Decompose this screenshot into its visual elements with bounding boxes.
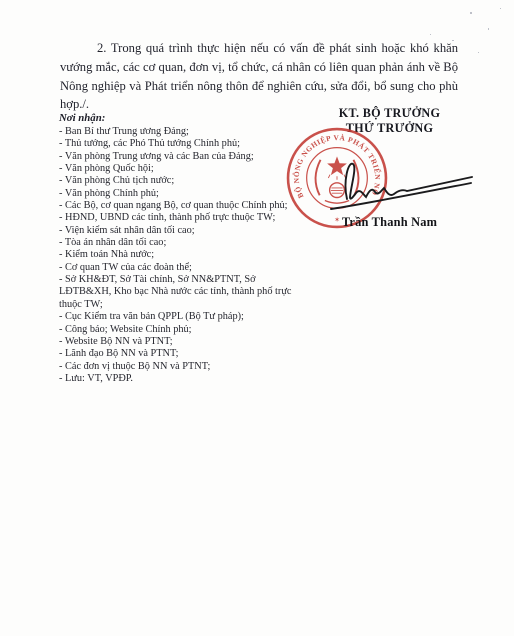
recipient-item: - Lãnh đạo Bộ NN và PTNT; bbox=[59, 348, 300, 360]
recipients-block: Nơi nhận: - Ban Bí thư Trung ương Đảng;-… bbox=[59, 112, 300, 385]
body-paragraph: 2. Trong quá trình thực hiện nếu có vấn … bbox=[60, 39, 458, 114]
recipient-item: - Các Bộ, cơ quan ngang Bộ, cơ quan thuộ… bbox=[59, 200, 300, 212]
recipient-item: - Công báo; Website Chính phủ; bbox=[59, 324, 300, 336]
recipient-item: - Cơ quan TW của các đoàn thể; bbox=[59, 262, 300, 274]
recipient-item: - HĐND, UBND các tỉnh, thành phố trực th… bbox=[59, 212, 300, 224]
emblem-rice-left bbox=[316, 160, 321, 196]
signer-name: Trần Thanh Nam bbox=[297, 215, 482, 230]
signature-stroke-main bbox=[346, 164, 472, 199]
handwritten-signature bbox=[322, 148, 492, 220]
recipients-heading: Nơi nhận: bbox=[59, 112, 300, 124]
recipient-item: - Văn phòng Quốc hội; bbox=[59, 163, 300, 175]
recipients-list: - Ban Bí thư Trung ương Đảng;- Thủ tướng… bbox=[59, 126, 300, 385]
recipient-item: - Các đơn vị thuộc Bộ NN và PTNT; bbox=[59, 361, 300, 373]
recipient-item: - Website Bộ NN và PTNT; bbox=[59, 336, 300, 348]
recipient-item: - Tòa án nhân dân tối cao; bbox=[59, 237, 300, 249]
recipient-item: - Thủ tướng, các Phó Thủ tướng Chính phủ… bbox=[59, 138, 300, 150]
signer-authority-title: KT. BỘ TRƯỞNG bbox=[297, 106, 482, 121]
recipient-item: - Văn phòng Trung ương và các Ban của Đả… bbox=[59, 151, 300, 163]
recipient-item: - Ban Bí thư Trung ương Đảng; bbox=[59, 126, 300, 138]
document-page: 2. Trong quá trình thực hiện nếu có vấn … bbox=[0, 0, 514, 636]
recipient-item: - Kiểm toán Nhà nước; bbox=[59, 249, 300, 261]
recipient-item: - Văn phòng Chính phủ; bbox=[59, 188, 300, 200]
recipient-item: - Sở KH&ĐT, Sở Tài chính, Sở NN&PTNT, Sở… bbox=[59, 274, 300, 311]
recipient-item: - Lưu: VT, VPĐP. bbox=[59, 373, 300, 385]
recipient-item: - Văn phòng Chủ tịch nước; bbox=[59, 175, 300, 187]
recipient-item: - Cục Kiểm tra văn bản QPPL (Bộ Tư pháp)… bbox=[59, 311, 300, 323]
recipient-item: - Viện kiểm sát nhân dân tối cao; bbox=[59, 225, 300, 237]
